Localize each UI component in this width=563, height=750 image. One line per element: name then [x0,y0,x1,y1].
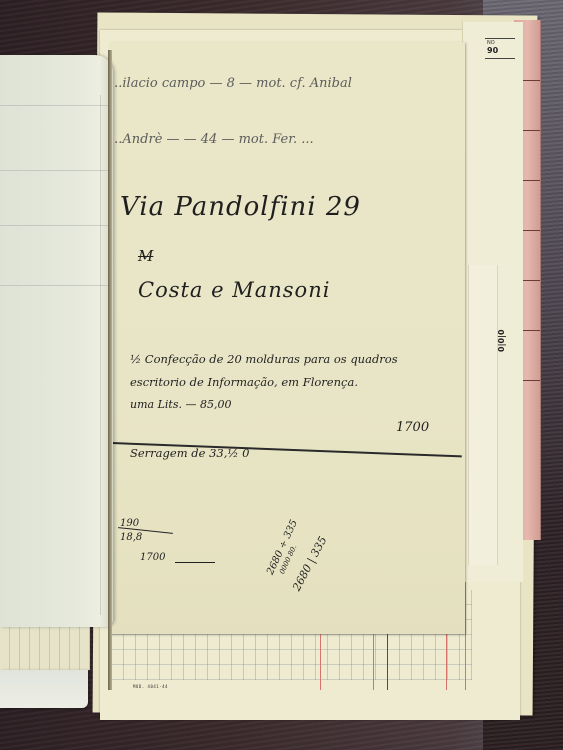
description-line-3: uma Lits. — 85,00 [130,398,231,411]
number-value: 90 [487,46,498,55]
description-line-1: ½ Confecção de 20 molduras para os quadr… [130,352,398,366]
binding-gutter [108,50,112,690]
faint-rule [0,170,108,171]
header-line-1: ...ilacio campo — 8 — mot. cf. Anibal [110,76,352,91]
no-rule-top [485,38,515,39]
calc-underline [175,562,215,563]
left-rolled-page-bottom [0,670,88,708]
description-line-2: escritorio de Informação, em Florença. [130,375,358,389]
address: Via Pandolfini 29 [120,192,361,222]
faint-rule [0,285,108,286]
no-rule-bottom [485,58,515,59]
left-ledger-grid [0,620,90,670]
handwritten-sheet: ...ilacio campo — 8 — mot. cf. Anibal ..… [110,42,465,634]
left-rolled-page [0,55,113,627]
firm-name: Costa e Mansoni [138,278,330,302]
total-figure: 1700 [396,420,429,435]
calc-line-b: 18,8 [120,532,142,543]
calc-line-c: 1700 [140,552,165,563]
inner-strip [468,265,498,565]
faint-rule [0,225,108,226]
mark: M [138,247,153,265]
faint-margin [100,95,101,615]
serragem-note: Serragem de 33,½ 0 [130,446,250,460]
faint-rule [0,105,108,106]
form-code: MOD. 4041·44 [133,684,168,689]
vertical-code: 0|0|0 [497,329,506,352]
rotated-calc-2: 2680 | 335 [290,534,330,593]
header-line-2: ...Andrè — — 44 — mot. Fer. ... [110,132,314,147]
